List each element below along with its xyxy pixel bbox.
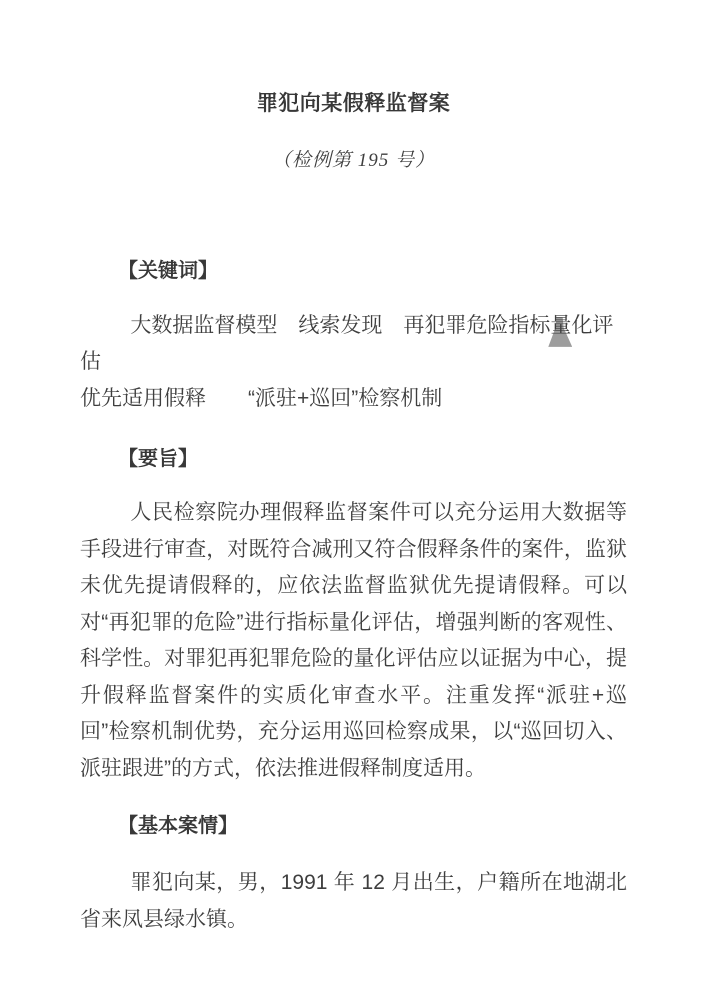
basic-facts-paragraph: 罪犯向某，男，1991 年 12 月出生，户籍所在地湖北省来凤县绿水镇。 — [80, 865, 627, 938]
section-heading-summary: 【要旨】 — [80, 441, 627, 478]
case-number: （检例第 195 号） — [80, 147, 627, 175]
section-heading-basic-facts: 【基本案情】 — [80, 808, 627, 845]
keywords-paragraph: 大数据监督模型 线索发现 再犯罪危险指标量化评估优先适用假释 “派驻+巡回”检察… — [80, 308, 627, 418]
document-title: 罪犯向某假释监督案 — [80, 90, 627, 118]
keywords-line1-before: 大数据监督模型 线索发现 再犯罪危险指标 — [130, 314, 550, 337]
section-heading-keywords: 【关键词】 — [80, 253, 627, 290]
highlighted-character: 量 — [550, 308, 571, 345]
document-page: 罪犯向某假释监督案 （检例第 195 号） 【关键词】 大数据监督模型 线索发现… — [0, 0, 707, 999]
keywords-line2: 优先适用假释 “派驻+巡回”检察机制 — [80, 387, 442, 410]
summary-paragraph: 人民检察院办理假释监督案件可以充分运用大数据等手段进行审查，对既符合减刑又符合假… — [80, 495, 627, 787]
